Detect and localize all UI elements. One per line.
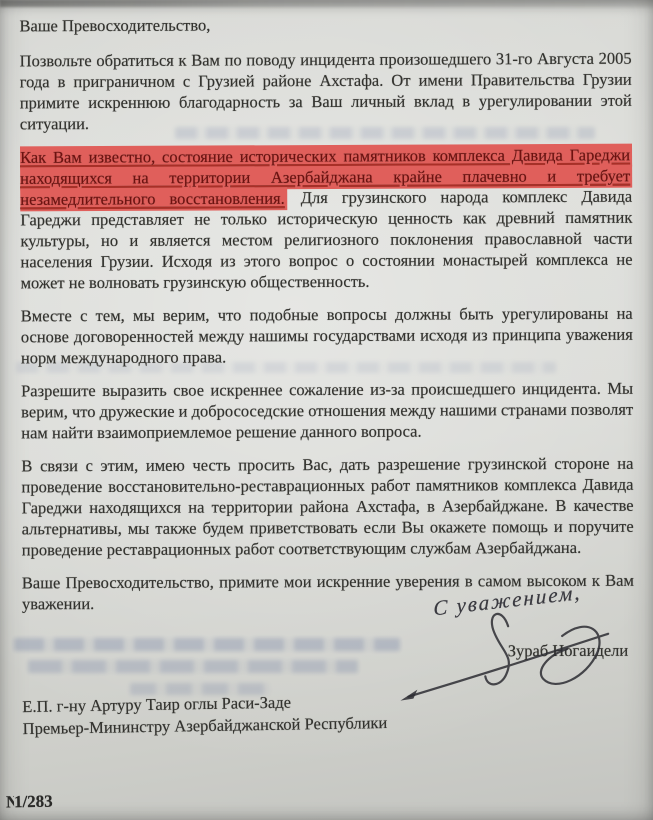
page-number-value: 1/283 [14, 792, 53, 812]
letter-page: Ваше Превосходительство, Позвольте обрат… [0, 0, 653, 820]
addressee-block: Е.П. г-ну Артуру Таир оглы Раси-Заде Пре… [22, 686, 635, 740]
paragraph-monuments: Как Вам известно, состояние исторических… [20, 144, 633, 294]
paragraph-incident: Позвольте обратиться к Вам по поводу инц… [20, 48, 632, 135]
photo-top-edge [0, 0, 653, 7]
paragraph-request: В связи с этим, имею честь просить Вас, … [21, 453, 633, 561]
letter-body: Ваше Превосходительство, Позвольте обрат… [19, 13, 634, 737]
page-number: №1/283 [10, 792, 53, 813]
paragraph-agreements: Вместе с тем, мы верим, что подобные воп… [21, 303, 633, 369]
salutation: Ваше Превосходительство, [19, 13, 631, 37]
paragraph-regret: Разрешите выразить свое искреннее сожале… [21, 378, 633, 444]
